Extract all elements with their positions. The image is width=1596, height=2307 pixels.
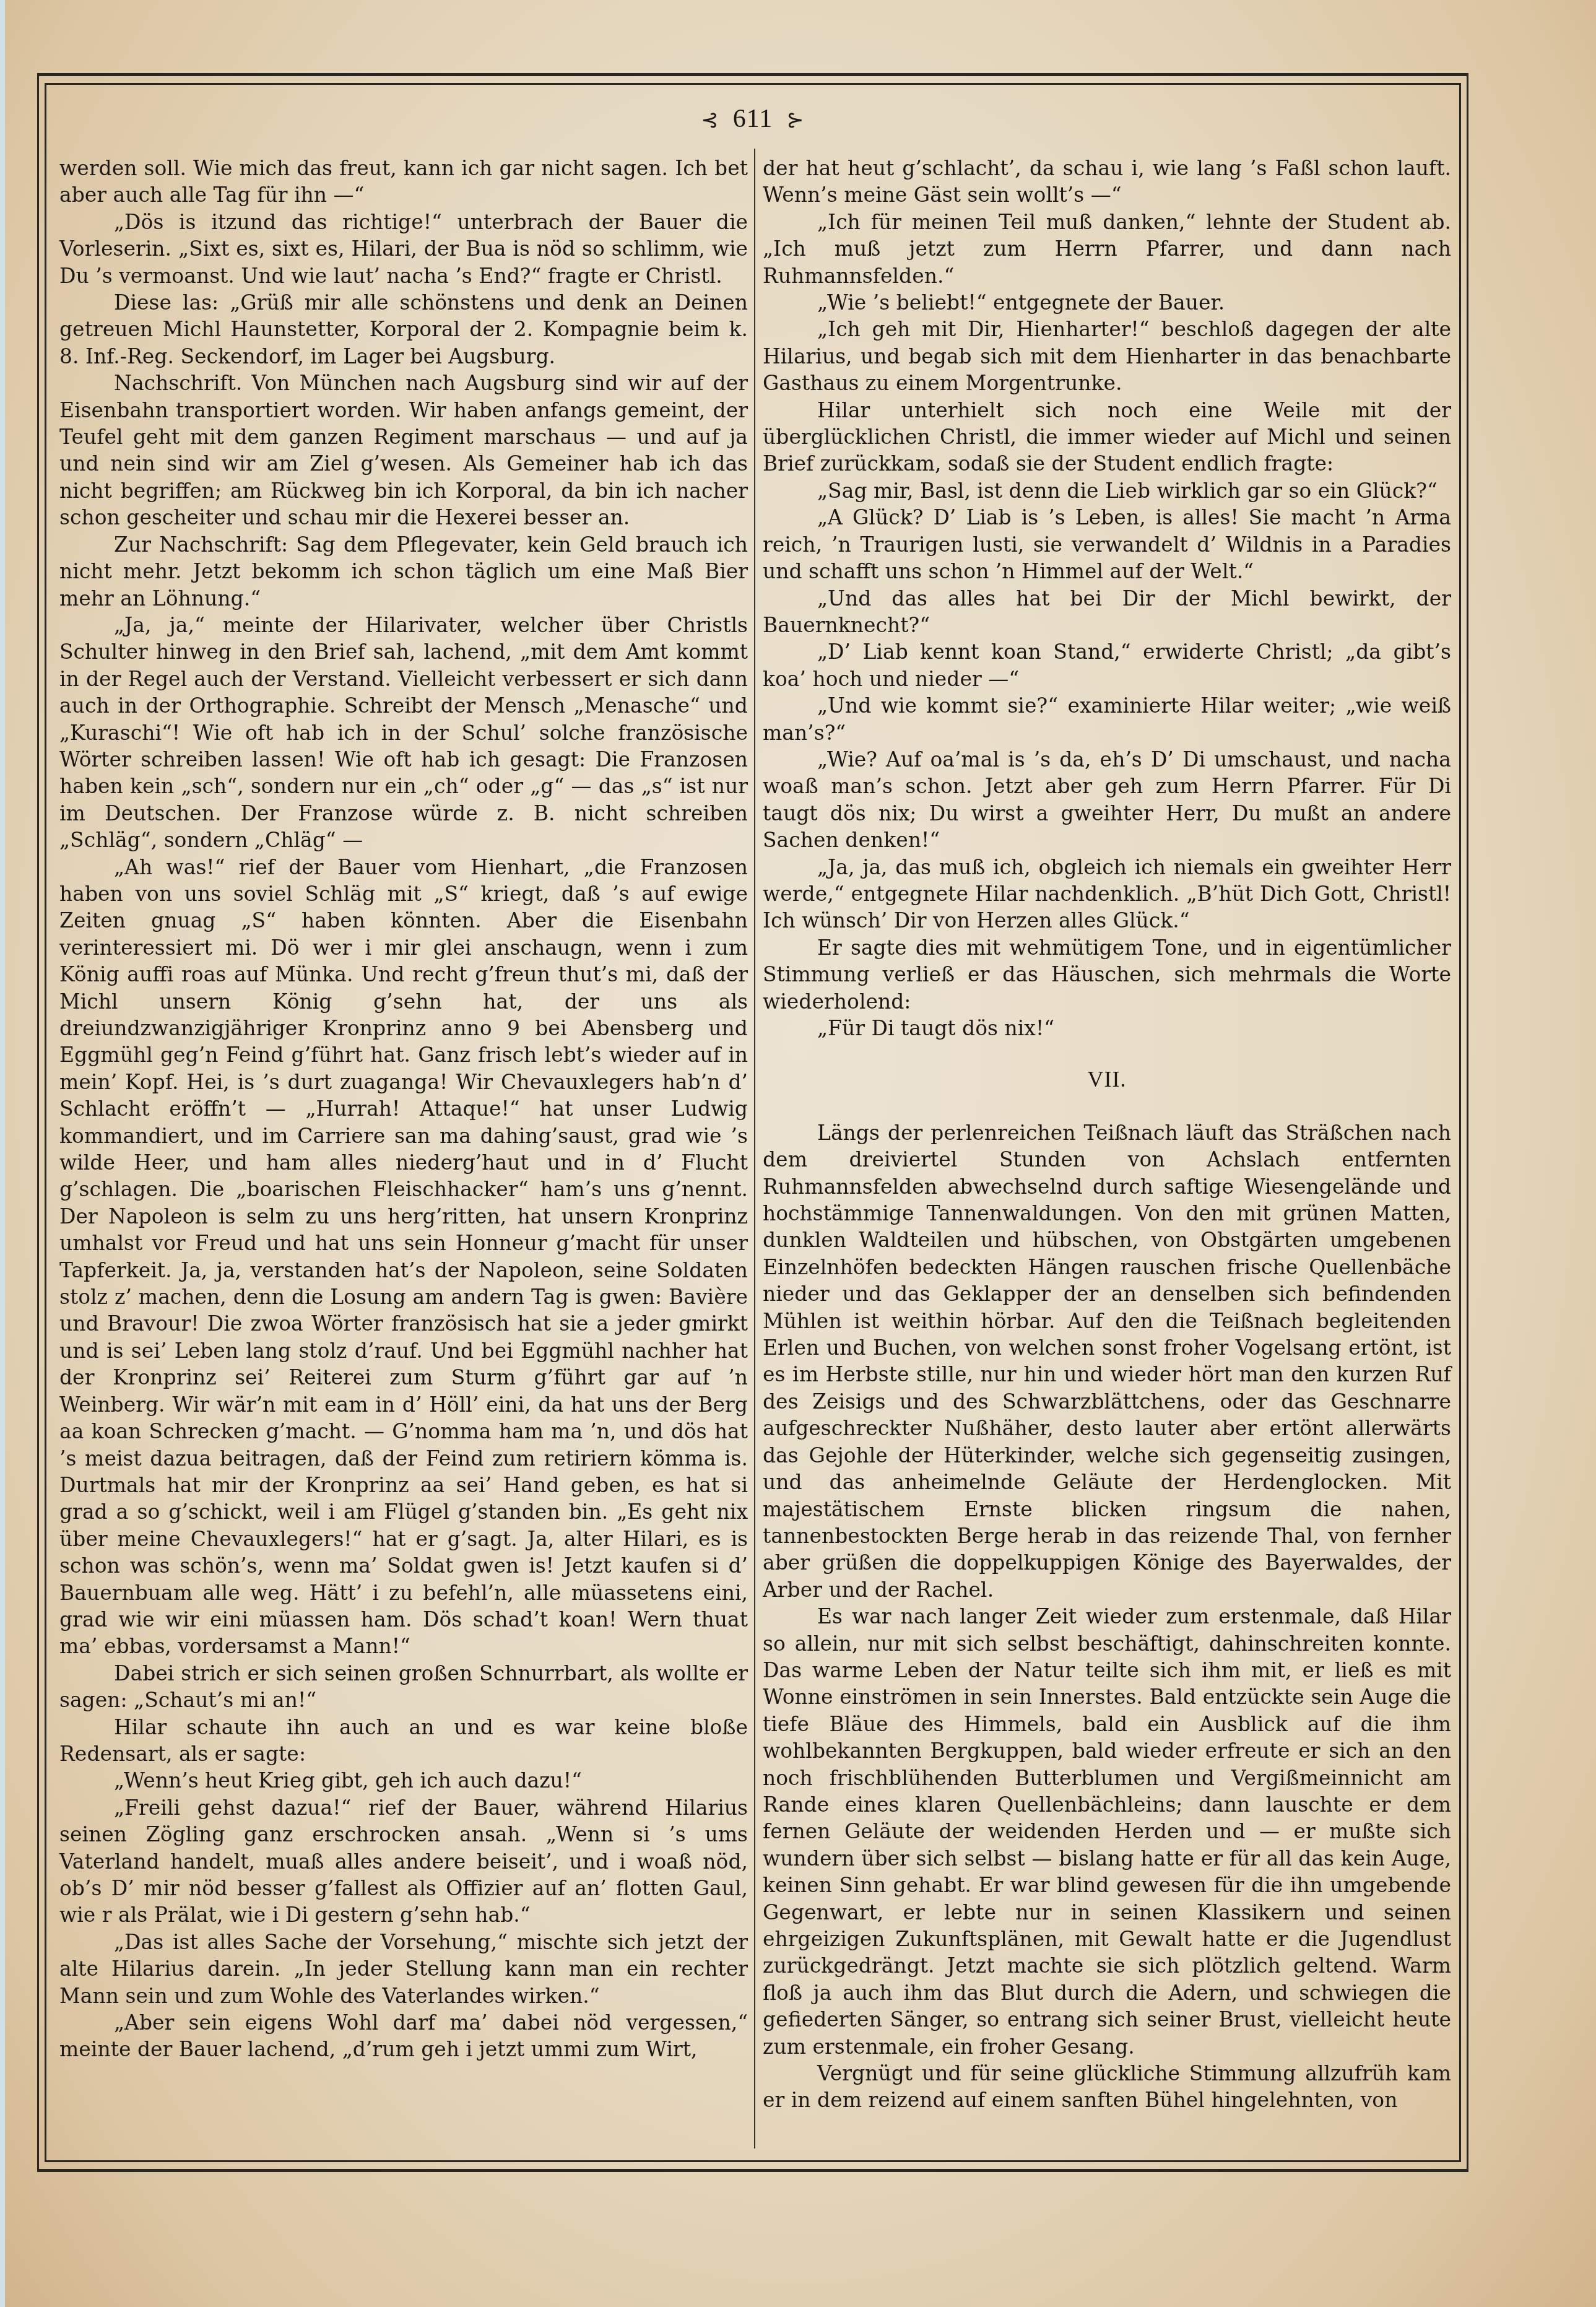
paragraph: Längs der perlenreichen Teißnach läuft d…	[763, 1119, 1451, 1603]
paragraph: Diese las: „Grüß mir alle schönstens und…	[59, 289, 748, 370]
paragraph: „Wie? Auf oa’mal is ’s da, eh’s D’ Di um…	[763, 746, 1451, 854]
paragraph: „Wie ’s beliebt!“ entgegnete der Bauer.	[763, 289, 1451, 316]
paragraph: „Ah was!“ rief der Bauer vom Hienhart, „…	[59, 854, 748, 1660]
page-header: ⊰611⊱	[0, 104, 1506, 134]
paragraph: der hat heut g’schlacht’, da schau i, wi…	[763, 155, 1451, 209]
paragraph: „A Glück? D’ Liab is ’s Leben, is alles!…	[763, 504, 1451, 584]
paragraph: Hilar unterhielt sich noch eine Weile mi…	[763, 397, 1451, 477]
paragraph: Hilar schaute ihn auch an und es war kei…	[59, 1714, 748, 1768]
ornament-right-icon: ⊱	[786, 108, 805, 133]
chapter-heading: VII.	[763, 1066, 1451, 1093]
paragraph: „Aber sein eigens Wohl darf ma’ dabei nö…	[59, 2009, 748, 2063]
paragraph: Es war nach langer Zeit wieder zum erste…	[763, 1603, 1451, 2060]
paragraph: „Ich geh mit Dir, Hienharter!“ beschloß …	[763, 316, 1451, 396]
paragraph: Er sagte dies mit wehmütigem Tone, und i…	[763, 934, 1451, 1015]
paragraph: Zur Nachschrift: Sag dem Pflegevater, ke…	[59, 531, 748, 612]
paragraph: Dabei strich er sich seinen großen Schnu…	[59, 1660, 748, 1714]
paragraph: „Für Di taugt dös nix!“	[763, 1015, 1451, 1041]
scan-edge	[0, 0, 5, 2307]
paragraph: „Dös is itzund das richtige!“ unterbrach…	[59, 209, 748, 289]
paragraph: „D’ Liab kennt koan Stand,“ erwiderte Ch…	[763, 638, 1451, 692]
left-column: werden soll. Wie mich das freut, kann ic…	[59, 155, 748, 2063]
paragraph: „Freili gehst dazua!“ rief der Bauer, wä…	[59, 1794, 748, 1929]
paragraph: „Ja, ja, das muß ich, obgleich ich niema…	[763, 854, 1451, 934]
paragraph: werden soll. Wie mich das freut, kann ic…	[59, 155, 748, 209]
paragraph: „Das ist alles Sache der Vorsehung,“ mis…	[59, 1929, 748, 2009]
paragraph: Vergnügt und für seine glückliche Stimmu…	[763, 2060, 1451, 2114]
paragraph: „Wenn’s heut Krieg gibt, geh ich auch da…	[59, 1767, 748, 1794]
right-column: der hat heut g’schlacht’, da schau i, wi…	[763, 155, 1451, 2114]
column-divider	[754, 149, 755, 2148]
paragraph: „Und das alles hat bei Dir der Michl bew…	[763, 585, 1451, 639]
paragraph: „Ja, ja,“ meinte der Hilarivater, welche…	[59, 612, 748, 854]
page-number: 611	[733, 105, 773, 133]
paragraph: „Ich für meinen Teil muß danken,“ lehnte…	[763, 209, 1451, 289]
ornament-left-icon: ⊰	[701, 108, 719, 133]
paragraph: „Sag mir, Basl, ist denn die Lieb wirkli…	[763, 477, 1451, 504]
paragraph: „Und wie kommt sie?“ examinierte Hilar w…	[763, 692, 1451, 746]
paragraph: Nachschrift. Von München nach Augsburg s…	[59, 370, 748, 531]
